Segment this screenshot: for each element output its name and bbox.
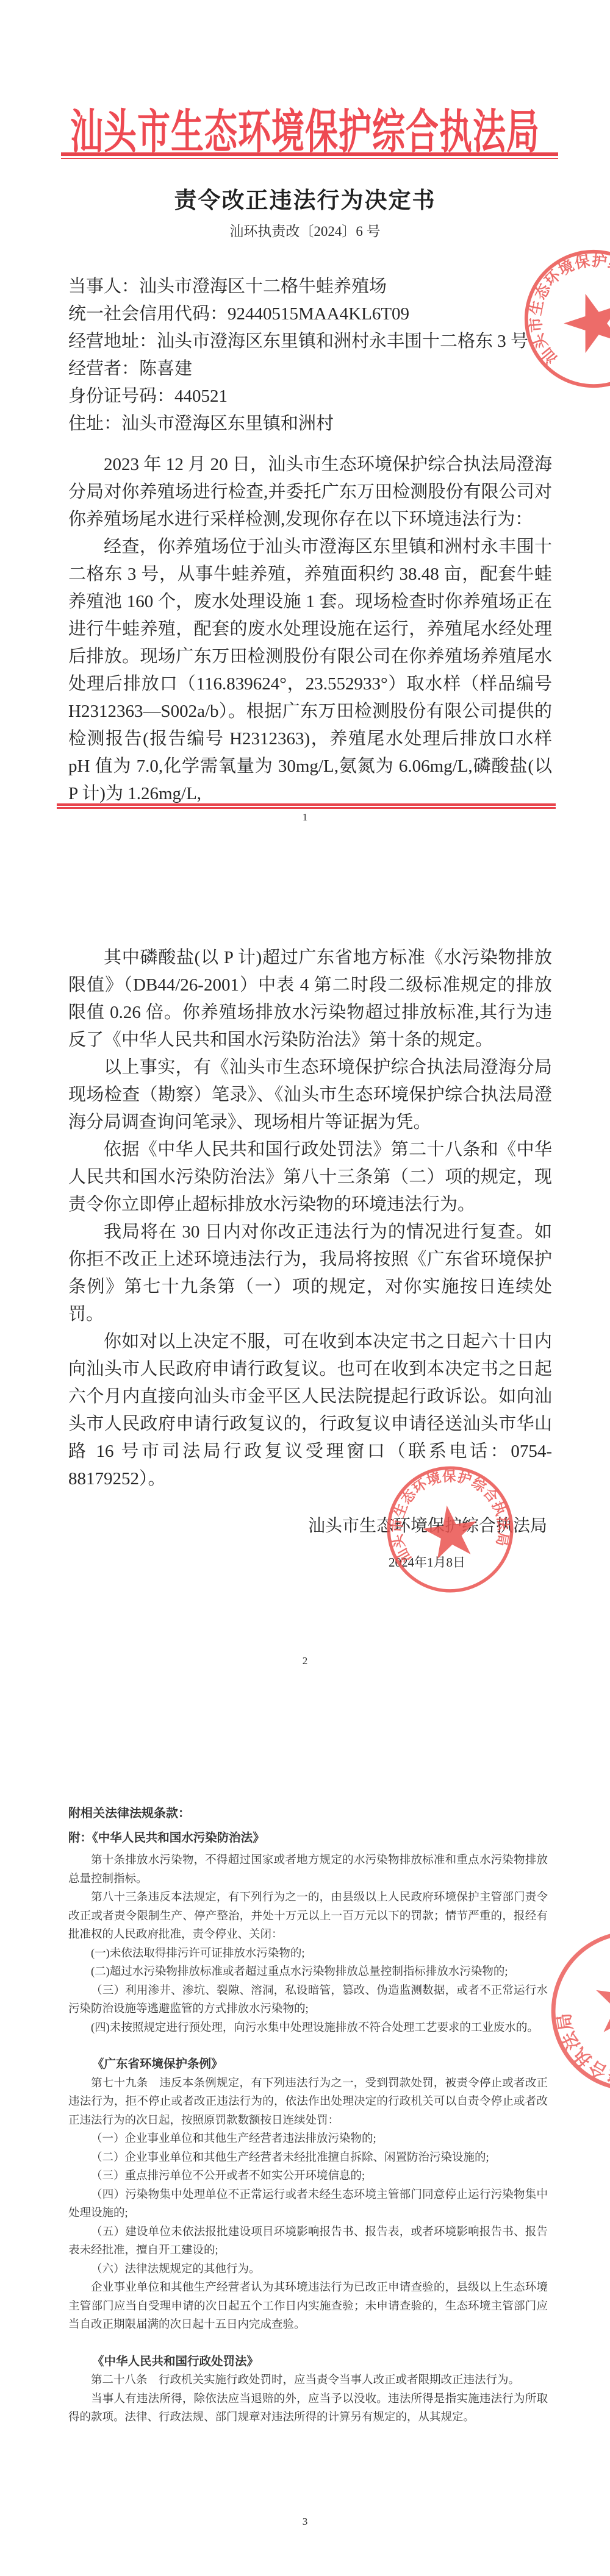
red-header-rule	[61, 152, 558, 160]
attachment-law-title: 附：《中华人民共和国水污染防治法》	[68, 1829, 548, 1848]
law-paragraph: (一)未依法取得排污许可证排放水污染物的;	[68, 1944, 548, 1963]
party-line: 经营者：陈喜建	[68, 355, 552, 383]
body-paragraph: 依据《中华人民共和国行政处罚法》第二十八条和《中华人民共和国水污染防治法》第八十…	[68, 1136, 552, 1219]
law-paragraph: 第十条排放水污染物，不得超过国家或者地方规定的水污染物排放标准和重点水污染物排放…	[68, 1851, 548, 1888]
star-icon	[557, 285, 610, 357]
party-line: 统一社会信用代码：92440515MAA4KL6T09	[68, 301, 552, 328]
body-paragraph: 以上事实，有《汕头市生态环境保护综合执法局澄海分局现场检查（勘察）笔录》、《汕头…	[68, 1054, 552, 1136]
law-paragraph: (四)未按照规定进行预处理，向污水集中处理设施排放不符合处理工艺要求的工业废水的…	[68, 2019, 548, 2038]
page-1: 汕头市生态环境保护综合执法局 责令改正违法行为决定书 汕环执责改〔2024〕6 …	[0, 0, 610, 859]
red-footer-rule	[57, 803, 556, 809]
party-line: 身份证号码：440521	[68, 383, 552, 410]
page-3: 附相关法律法规条款： 附：《中华人民共和国水污染防治法》 第十条排放水污染物，不…	[0, 1717, 610, 2576]
page-number: 1	[0, 811, 610, 824]
law-paragraph: （三）利用渗井、渗坑、裂隙、溶洞，私设暗管，篡改、伪造监测数据，或者不正常运行水…	[68, 1982, 548, 2019]
page1-body: 当事人：汕头市澄海区十二格牛蛙养殖场 统一社会信用代码：92440515MAA4…	[68, 273, 552, 808]
page-number: 2	[0, 1655, 610, 1667]
law-paragraph: （五）建设单位未依法报批建设项目环境影响报告书、报告表，或者环境影响报告书、报告…	[68, 2223, 548, 2260]
party-line: 经营地址：汕头市澄海区东里镇和洲村永丰围十二格东 3 号	[68, 328, 552, 355]
attachment-heading: 附相关法律法规条款：	[68, 1804, 548, 1823]
party-line: 住址：汕头市澄海区东里镇和洲村	[68, 410, 552, 438]
body-paragraph: 经查，你养殖场位于汕头市澄海区东里镇和洲村永丰围十二格东 3 号，从事牛蛙养殖，…	[68, 533, 552, 808]
official-seal: 汕头市生态环境保护综合执法局	[376, 1455, 525, 1604]
party-line: 当事人：汕头市澄海区十二格牛蛙养殖场	[68, 273, 552, 301]
body-paragraph: 我局将在 30 日内对你改正违法行为的情况进行复查。如你拒不改正上述环境违法行为…	[68, 1219, 552, 1328]
body-paragraph: 2023 年 12 月 20 日，汕头市生态环境保护综合执法局澄海分局对你养殖场…	[68, 451, 552, 533]
page2-body: 其中磷酸盐(以 P 计)超过广东省地方标准《水污染物排放限值》（DB44/26-…	[68, 944, 552, 1493]
law-paragraph: 当事人有违法所得，除依法应当退赔的外，应当予以没收。违法所得是指实施违法行为所取…	[68, 2390, 548, 2427]
law-paragraph: （一）企业事业单位和其他生产经营者违法排放污染物的;	[68, 2130, 548, 2149]
law-paragraph: 第二十八条 行政机关实施行政处罚时，应当责令当事人改正或者限期改正违法行为。	[68, 2371, 548, 2390]
law-paragraph: 第八十三条违反本法规定，有下列行为之一的，由县级以上人民政府环境保护主管部门责令…	[68, 1888, 548, 1944]
law-paragraph: （六）法律法规规定的其他行为。	[68, 2260, 548, 2279]
law-paragraph: 企业事业单位和其他生产经营者认为其环境违法行为已改正申请查验的，县级以上生态环境…	[68, 2279, 548, 2335]
body-paragraph: 其中磷酸盐(以 P 计)超过广东省地方标准《水污染物排放限值》（DB44/26-…	[68, 944, 552, 1054]
star-icon	[420, 1502, 481, 1560]
document-title: 责令改正违法行为决定书	[0, 182, 610, 215]
law-paragraph: (二)超过水污染物排放标准或者超过重点水污染物排放总量控制指标排放水污染物的;	[68, 1963, 548, 1982]
page-number: 3	[0, 2516, 610, 2528]
scanned-official-document: { "colors": { "header_red": "#ee4a52", "…	[0, 0, 610, 2576]
document-number: 汕环执责改〔2024〕6 号	[0, 220, 610, 240]
page-2: 其中磷酸盐(以 P 计)超过广东省地方标准《水污染物排放限值》（DB44/26-…	[0, 859, 610, 1718]
law-paragraph: （四）污染物集中处理单位不正常运行或者未经生态环境主管部门同意停止运行污染物集中…	[68, 2186, 548, 2223]
law-paragraph: （三）重点排污单位不公开或者不如实公开环境信息的;	[68, 2167, 548, 2186]
law-paragraph: 第七十九条 违反本条例规定，有下列违法行为之一，受到罚款处罚，被责令停止或者改正…	[68, 2074, 548, 2130]
law-title: 《中华人民共和国行政处罚法》	[68, 2353, 548, 2372]
agency-header: 汕头市生态环境保护综合执法局	[0, 95, 610, 162]
law-paragraph: （二）企业事业单位和其他生产经营者未经批准擅自拆除、闲置防治污染设施的;	[68, 2149, 548, 2168]
page3-body: 附相关法律法规条款： 附：《中华人民共和国水污染防治法》 第十条排放水污染物，不…	[68, 1804, 548, 2427]
law-title: 《广东省环境保护条例》	[68, 2055, 548, 2074]
star-icon	[584, 1964, 610, 2054]
